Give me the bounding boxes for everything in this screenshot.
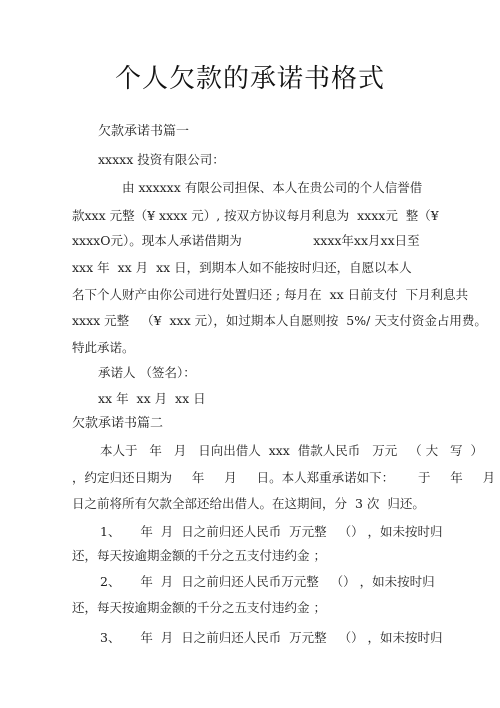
section1-paragraph-line-1: 由 xxxxxx 有限公司担保、本人在贵公司的个人信誉借	[122, 180, 422, 196]
section1-paragraph-line-6: xxxx 元整 （¥ xxx 元），如过期本人自愿则按 5%/ 天支付资金占用费…	[72, 313, 487, 329]
document-page: 个人欠款的承诺书格式 欠款承诺书篇一 xxxxx 投资有限公司： 由 xxxxx…	[0, 0, 500, 708]
section2-item-2-line-2: 还，每天按逾期金额的千分之五支付违约金 ；	[72, 600, 326, 616]
section2-item-1-line-2: 还，每天按逾期金额的千分之五支付违约金 ；	[72, 548, 326, 564]
section2-paragraph-line-1: 本人于 年 月 日向出借人 xxx 借款人民币 万元 （ 大 写 ）	[100, 443, 483, 459]
section2-heading: 欠款承诺书篇二	[72, 416, 163, 432]
section2-paragraph-line-2: ，约定归还日期为 年 月 日。本人郑重承诺如下： 于 年 月	[72, 470, 495, 486]
section2-item-1-line-1: 1、 年 月 日之前归还人民币 万元整 （） ，如未按时归	[100, 524, 443, 540]
section2-item-2-line-1: 2、 年 月 日之前归还人民币万元整 （） ，如未按时归	[100, 574, 435, 590]
document-title: 个人欠款的承诺书格式	[0, 58, 500, 95]
section1-paragraph-line-2: 款xxx 元整（¥ xxxx 元）, 按双方协议每月利息为 xxxx元 整（¥	[72, 208, 439, 224]
section1-date: xx 年 xx 月 xx 日	[98, 391, 206, 407]
section1-paragraph-line-5: 名下个人财产由你公司进行处置归还 ; 每月在 xx 日前支付 下月利息共	[72, 287, 468, 303]
section1-signer: 承诺人 （签名）：	[98, 365, 196, 381]
section1-paragraph-line-7: 特此承诺。	[72, 340, 135, 356]
section1-heading: 欠款承诺书篇一	[98, 124, 189, 140]
section2-item-3-line-1: 3、 年 月 日之前归还人民币 万元整 （） ，如未按时归	[100, 630, 443, 646]
section2-paragraph-line-3: 日之前将所有欠款全部还给出借人。在这期间，分 3 次 归还。	[72, 496, 425, 512]
section1-paragraph-line-3: xxxxO元）。现本人承诺借期为 xxxx年xx月xx日至	[72, 233, 420, 249]
section1-addressee: xxxxx 投资有限公司：	[98, 152, 225, 168]
section1-paragraph-line-4: xxx 年 xx 月 xx 日，到期本人如不能按时归还，自愿以本人	[72, 260, 412, 276]
